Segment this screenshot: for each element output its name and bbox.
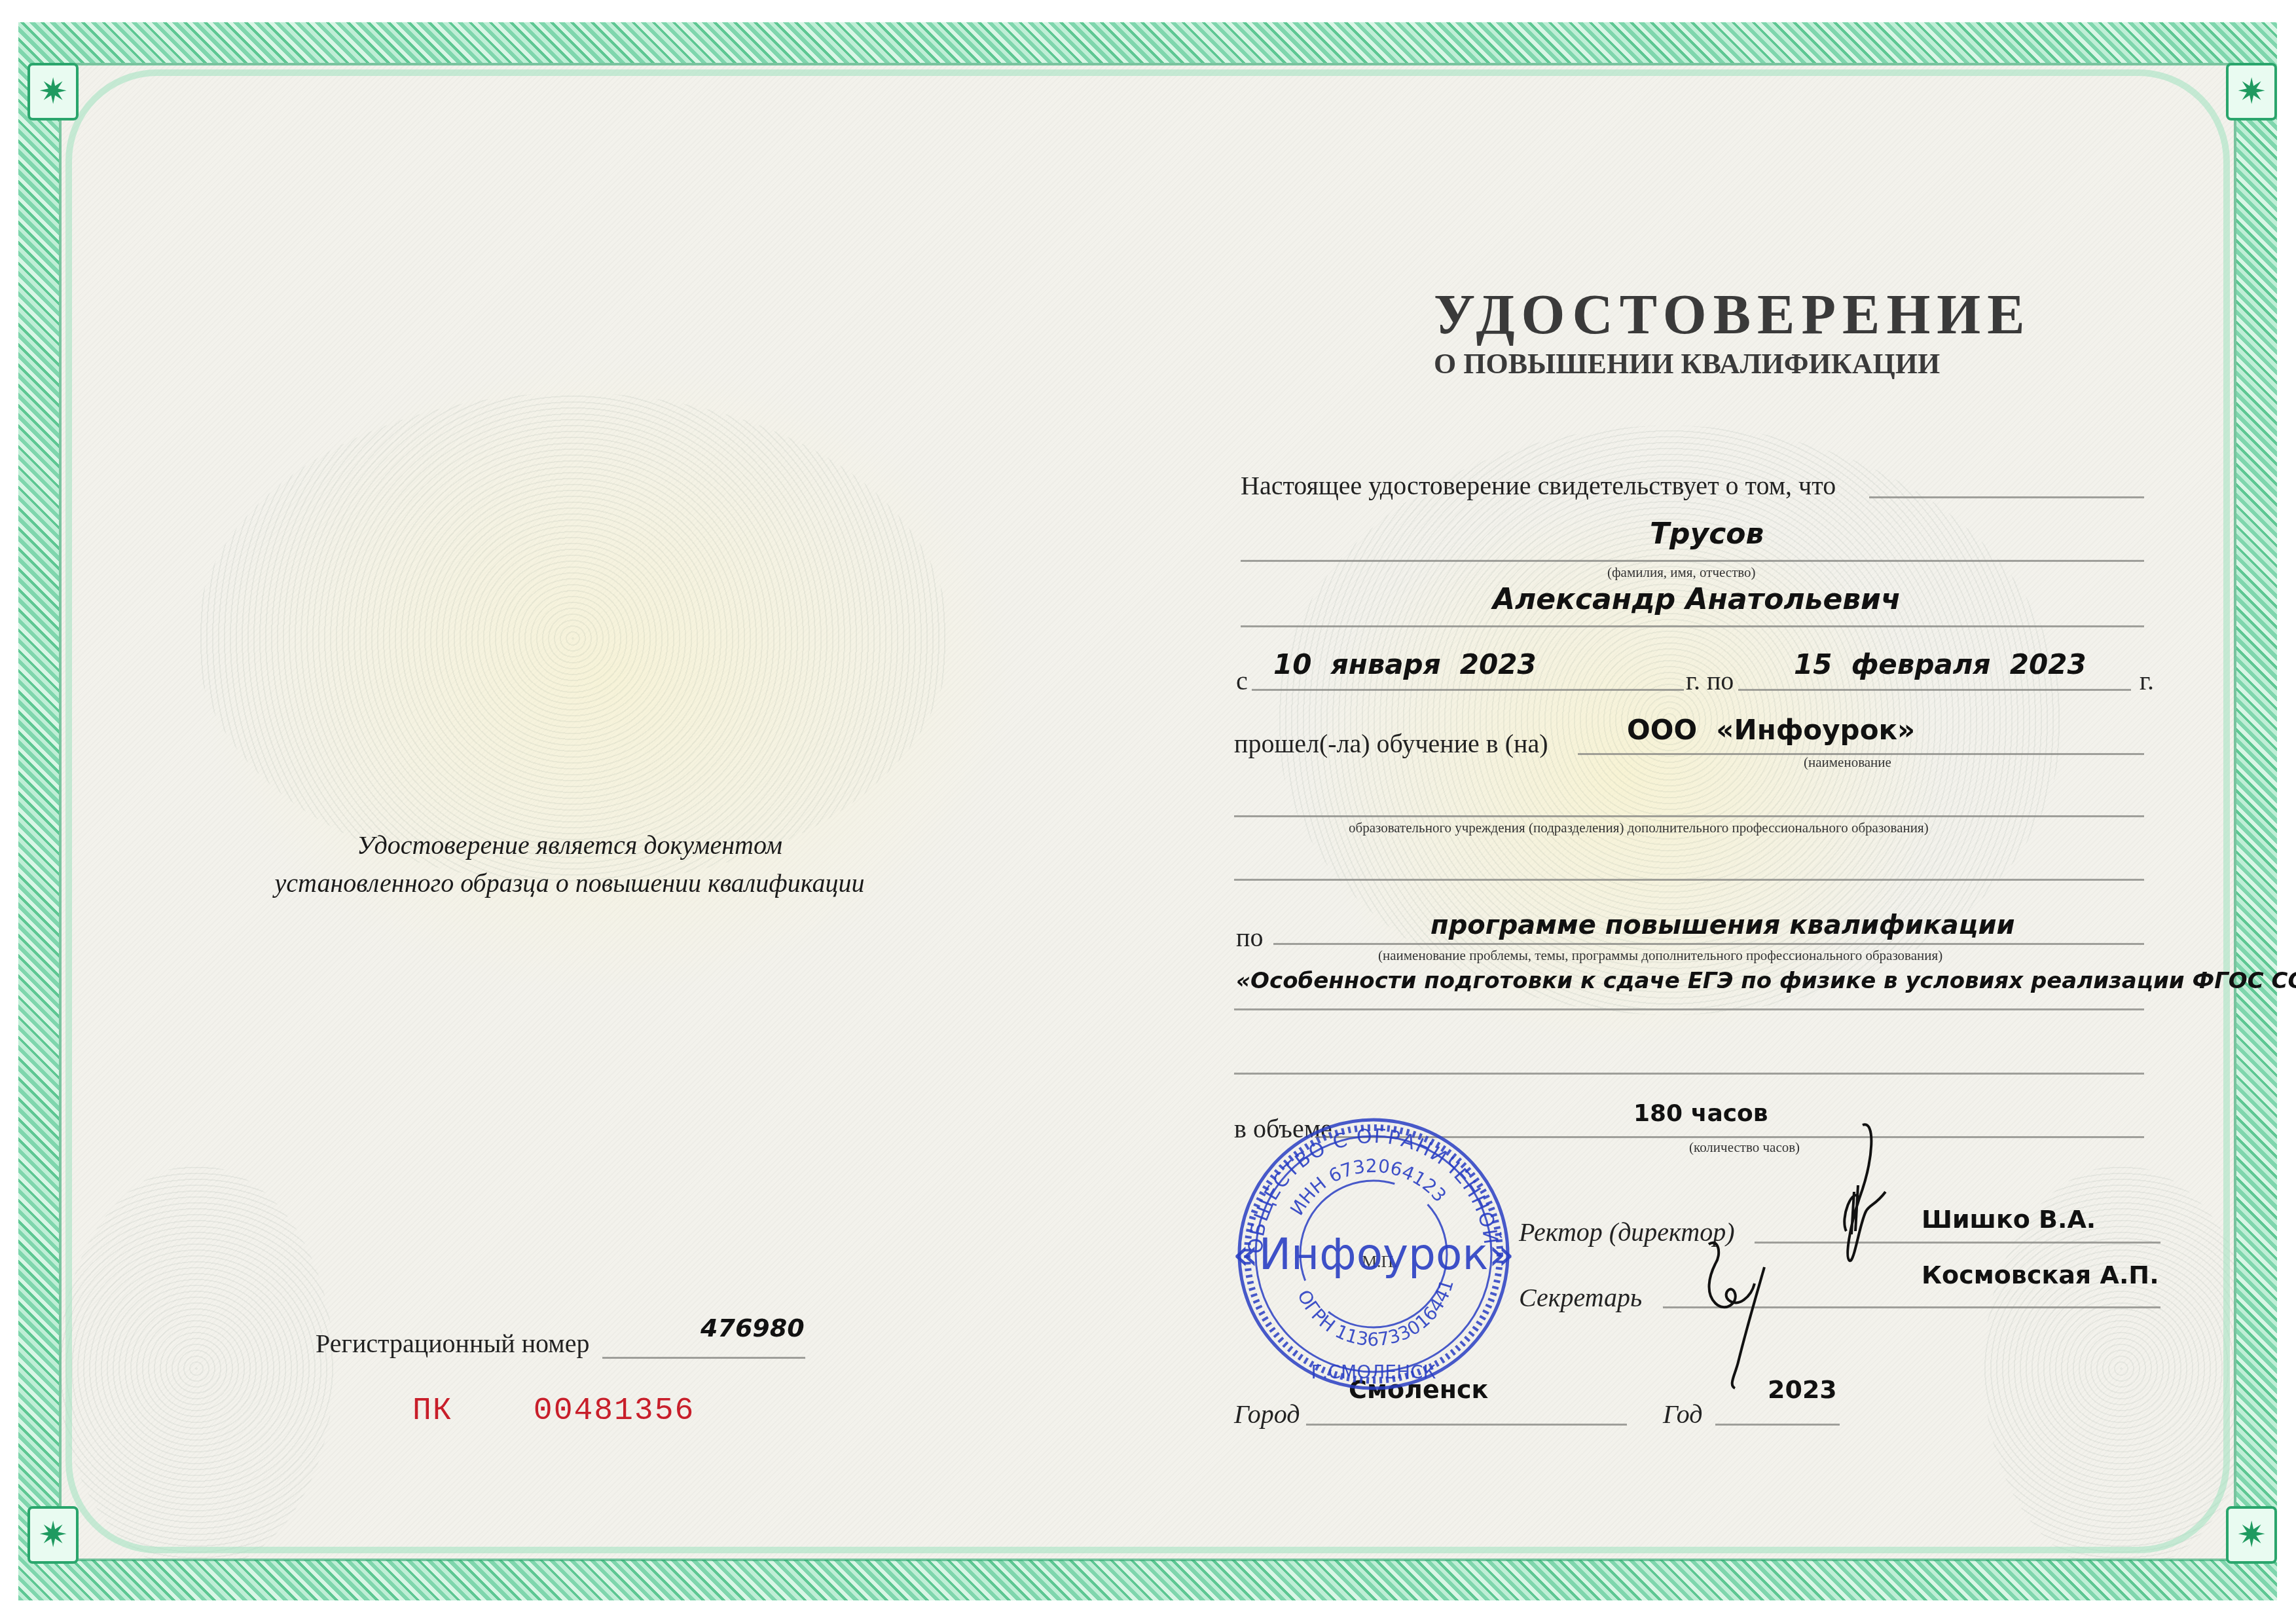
stamp-ogrn: ОГРН 1136733016441	[1293, 1277, 1458, 1350]
institution-caption-1: (наименование	[1804, 754, 1891, 771]
secretary-name: Космовская А.П.	[1922, 1261, 2159, 1289]
period-from-prefix: с	[1236, 665, 1248, 696]
serial-digits: 00481356	[534, 1393, 695, 1429]
stamp-center-name: «Инфоурок»	[1232, 1229, 1514, 1280]
program-title: «Особенности подготовки к сдаче ЕГЭ по ф…	[1236, 968, 2296, 994]
director-signature-icon	[1813, 1120, 1892, 1270]
period-to-prefix: г. по	[1686, 665, 1734, 696]
to-underline	[1738, 689, 2131, 691]
intro-underline	[1869, 496, 2144, 498]
registration-number: 476980	[701, 1314, 805, 1342]
hours-value: 180 часов	[1633, 1100, 1768, 1127]
city-label: Город	[1234, 1399, 1300, 1430]
intro-text: Настоящее удостоверение свидетельствует …	[1241, 470, 1836, 501]
year-label: Год	[1663, 1399, 1702, 1430]
period-to-date: 15 февраля 2023	[1794, 648, 2086, 680]
certificate-title: УДОСТОВЕРЕНИЕ	[1434, 282, 2032, 347]
left-note-line1: Удостоверение является документом	[242, 826, 897, 864]
surname-underline	[1241, 560, 2144, 562]
name-caption: (фамилия, имя, отчество)	[1607, 564, 1756, 581]
organization-stamp: ОБЩЕСТВО С ОГРАНИЧЕННОЙ ОТВЕТСТВЕННОСТЬЮ…	[1230, 1113, 1518, 1395]
border-line-bottom	[59, 1559, 2236, 1561]
institution-caption-2: образовательного учреждения (подразделен…	[1349, 820, 1929, 836]
border-line-top	[59, 63, 2236, 65]
period-suffix: г.	[2140, 665, 2154, 696]
corner-ornament-icon: ✷	[2226, 1506, 2277, 1564]
corner-ornament-icon: ✷	[2226, 63, 2277, 120]
institution-name: ООО «Инфоурок»	[1627, 714, 1915, 746]
hours-caption: (количество часов)	[1689, 1139, 1800, 1156]
patronymic-underline	[1241, 625, 2144, 627]
city-underline	[1306, 1424, 1627, 1426]
institution-underline-2	[1234, 815, 2144, 817]
left-note-line2: установленного образца о повышении квали…	[242, 864, 897, 902]
corner-ornament-icon: ✷	[27, 63, 79, 120]
registration-underline	[602, 1357, 805, 1359]
certificate-subtitle: О ПОВЫШЕНИИ КВАЛИФИКАЦИИ	[1434, 347, 1940, 380]
year-underline	[1715, 1424, 1840, 1426]
serial-number: ПК 00481356	[412, 1393, 695, 1429]
left-note: Удостоверение является документом устано…	[242, 826, 897, 902]
blank-underline-2	[1234, 1073, 2144, 1075]
border-line-left	[59, 63, 62, 1561]
border-line-right	[2234, 63, 2236, 1561]
first-and-patronymic: Александр Анатольевич	[1493, 583, 1901, 616]
period-from-date: 10 января 2023	[1273, 648, 1537, 680]
registration-label: Регистрационный номер	[316, 1328, 589, 1359]
from-underline	[1252, 689, 1684, 691]
program-title-underline	[1234, 1008, 2144, 1010]
secretary-label: Секретарь	[1519, 1282, 1642, 1313]
secretary-signature-icon	[1702, 1231, 1787, 1395]
program-underline	[1273, 943, 2144, 945]
serial-series: ПК	[412, 1393, 453, 1429]
stamp-city: Г.СМОЛЕНСК	[1311, 1361, 1436, 1383]
certificate-paper	[18, 22, 2277, 1600]
institution-label: прошел(-ла) обучение в (на)	[1234, 728, 1548, 759]
surname: Трусов	[1650, 517, 1764, 551]
blank-underline	[1234, 879, 2144, 881]
director-name: Шишко В.А.	[1922, 1205, 2096, 1234]
corner-ornament-icon: ✷	[27, 1506, 79, 1564]
program-label: по	[1236, 922, 1263, 953]
svg-text:ОГРН 1136733016441: ОГРН 1136733016441	[1293, 1277, 1458, 1350]
program-type: программе повышения квалификации	[1430, 910, 2015, 940]
program-caption: (наименование проблемы, темы, программы …	[1378, 948, 1942, 964]
